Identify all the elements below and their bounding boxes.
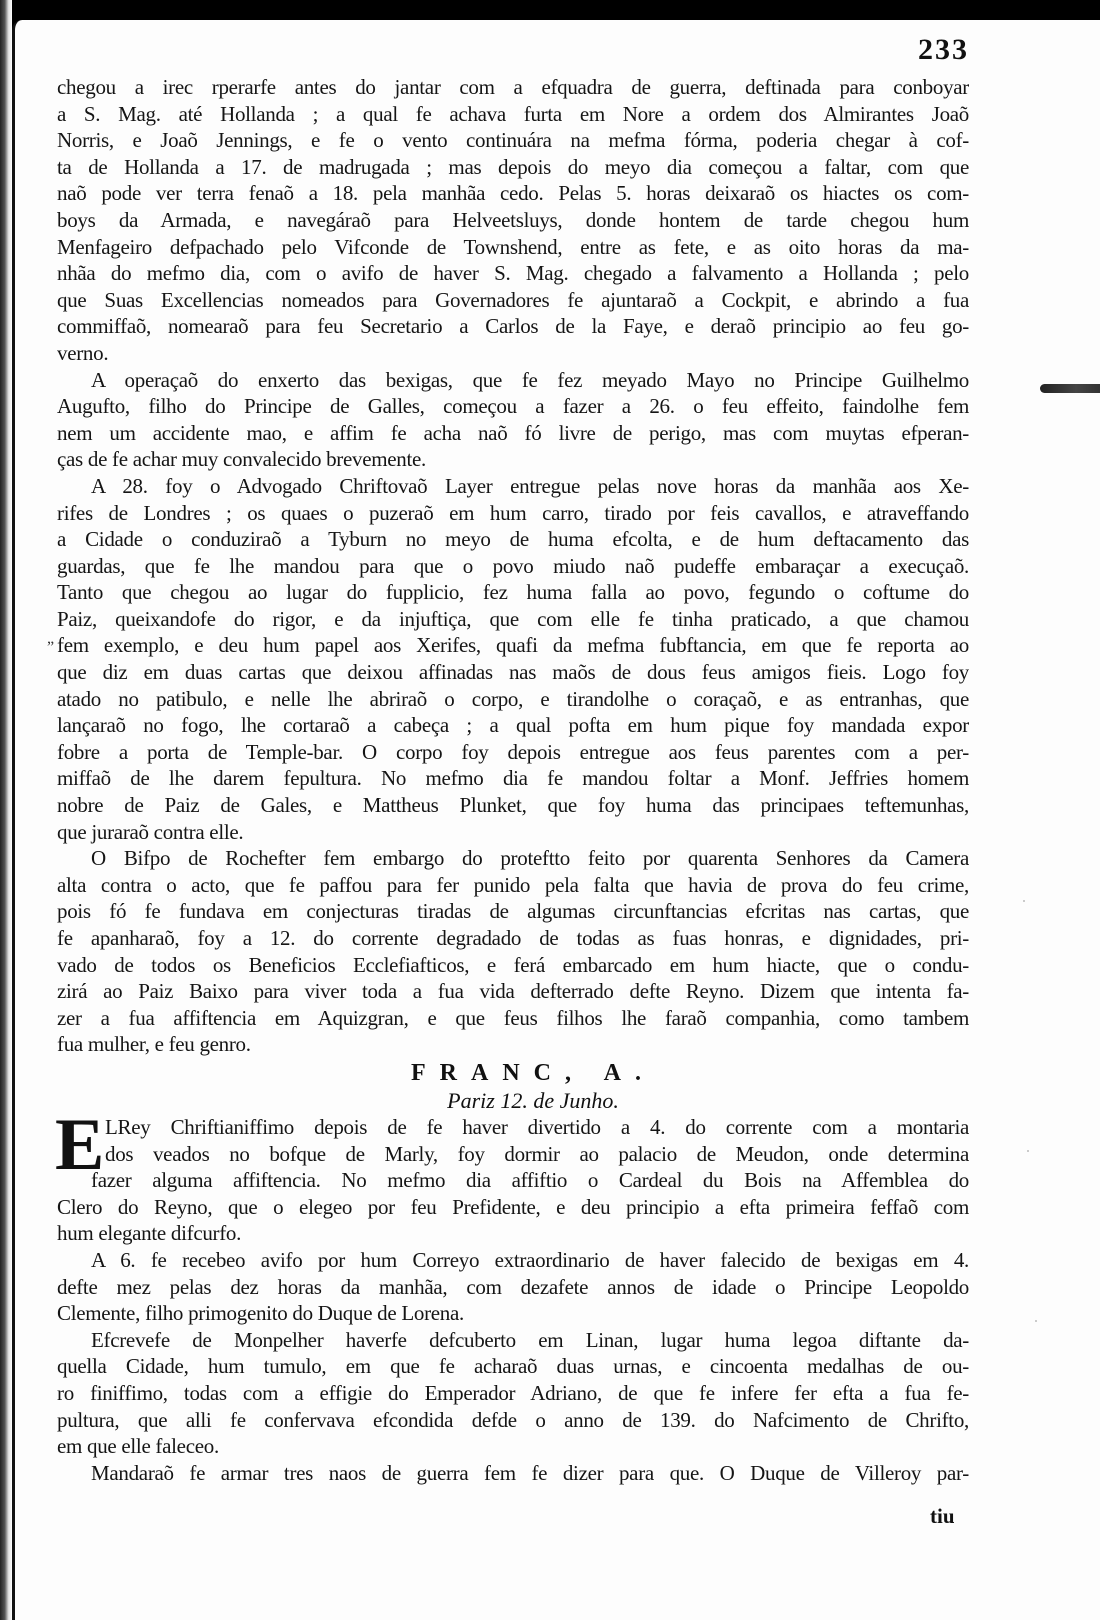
text-line: que diz em duas cartas que deixou affina…: [57, 659, 969, 686]
text-line: dos veados no bofque de Marly, foy dormi…: [57, 1141, 969, 1168]
text-line: ta de Hollanda a 17. de madrugada ; mas …: [57, 154, 969, 181]
text-line: defte mez pelas dez horas da manhãa, com…: [57, 1274, 969, 1301]
text-line: pultura, que alli fe confervava efcondid…: [57, 1407, 969, 1434]
paragraph-layer-execution: A 28. foy o Advogado Chriftovaõ Layer en…: [57, 473, 969, 845]
paragraph-el-rey: E LRey Chriftianiffimo depois de fe have…: [57, 1114, 969, 1247]
catchword: tiu: [930, 1504, 955, 1529]
text-line: Norris, e Joaõ Jennings, e fe o vento co…: [57, 127, 969, 154]
text-line: nobre de Paiz de Gales, e Mattheus Plunk…: [57, 792, 969, 819]
article-body: chegou a irec rperarfe antes do jantar c…: [57, 74, 969, 1486]
text-line: Paiz, queixandofe do rigor, e da injufti…: [57, 606, 969, 633]
paragraph-hollanda-voyage: chegou a irec rperarfe antes do jantar c…: [57, 74, 969, 367]
text-line: a Cidade o conduziraõ a Tyburn no meyo d…: [57, 526, 969, 553]
text-line: em que elle faleceo.: [57, 1433, 969, 1460]
scan-top-border: [0, 0, 1100, 22]
text-line: hum elegante difcurfo.: [57, 1220, 969, 1247]
text-line: pois fó fe fundava em conjecturas tirada…: [57, 898, 969, 925]
text-line: que juraraõ contra elle.: [57, 819, 969, 846]
text-line: zer a fua affiftencia em Aquizgran, e qu…: [57, 1005, 969, 1032]
text-line: guardas, que fe lhe mandou para que o po…: [57, 553, 969, 580]
paragraph-prince-leopold: A 6. fe recebeo avifo por hum Correyo ex…: [57, 1247, 969, 1327]
text-line: fazer alguma affiftencia. No mefmo dia a…: [57, 1167, 969, 1194]
text-line: Efcrevefe de Monpelher haverfe defcubert…: [57, 1327, 969, 1354]
paragraph-warships: Mandaraõ fe armar tres naos de guerra fe…: [57, 1460, 969, 1487]
text-line: nem um accidente mao, e affim fe acha na…: [57, 420, 969, 447]
text-line: fobre a porta de Temple-bar. O corpo foy…: [57, 739, 969, 766]
book-spine-edge: [0, 0, 12, 1620]
text-line: lançaraõ no fogo, lhe cortaraõ a cabeça …: [57, 712, 969, 739]
text-line: que Suas Excellencias nomeados para Gove…: [57, 287, 969, 314]
text-line: alta contra o acto, que fe paffou para f…: [57, 872, 969, 899]
text-line: quella Cidade, hum tumulo, em que fe ach…: [57, 1353, 969, 1380]
drop-cap-letter: E: [55, 1116, 104, 1174]
text-line: fe apanharaõ, foy a 12. do corrente degr…: [57, 925, 969, 952]
text-line: atado no patibulo, e nelle lhe abriraõ o…: [57, 686, 969, 713]
text-line: Clero do Reyno, que o elegeo por feu Pre…: [57, 1194, 969, 1221]
text-line: ças de fe achar muy convalecido brevemen…: [57, 446, 969, 473]
paper-speck: [1023, 900, 1025, 902]
text-line: Tanto que chegou ao lugar do fupplicio, …: [57, 579, 969, 606]
text-line: a S. Mag. até Hollanda ; a qual fe achav…: [57, 101, 969, 128]
text-line: verno.: [57, 340, 969, 367]
paragraph-bishop-rochester: O Bifpo de Rochefter fem embargo do prot…: [57, 845, 969, 1058]
text-line: A 6. fe recebeo avifo por hum Correyo ex…: [57, 1247, 969, 1274]
text-line: O Bifpo de Rochefter fem embargo do prot…: [57, 845, 969, 872]
paragraph-smallpox-inoculation: A operaçaõ do enxerto das bexigas, que f…: [57, 367, 969, 473]
text-line: zirá ao Paiz Baixo para viver toda a fua…: [57, 978, 969, 1005]
text-line: naõ pode ver terra fenaõ a 18. pela manh…: [57, 180, 969, 207]
text-line: chegou a irec rperarfe antes do jantar c…: [57, 74, 969, 101]
paper-speck: [1027, 1150, 1029, 1152]
text-line: Augufto, filho do Principe de Galles, co…: [57, 393, 969, 420]
text-line: A 28. foy o Advogado Chriftovaõ Layer en…: [57, 473, 969, 500]
text-line: commiffaõ, nomearaõ para feu Secretario …: [57, 313, 969, 340]
text-line: boys da Armada, e navegáraõ para Helveet…: [57, 207, 969, 234]
page-number: 233: [918, 33, 969, 67]
section-heading-franca: FRANC, A.: [57, 1058, 969, 1088]
text-line: fem exemplo, e deu hum papel aos Xerifes…: [57, 632, 969, 659]
text-line: miffaõ de lhe darem fepultura. No mefmo …: [57, 765, 969, 792]
text-line: rifes de Londres ; os quaes o puzeraõ em…: [57, 500, 969, 527]
text-line: A operaçaõ do enxerto das bexigas, que f…: [57, 367, 969, 394]
text-line: fua mulher, e feu genro.: [57, 1031, 969, 1058]
paragraph-montpellier-tomb: Efcrevefe de Monpelher haverfe defcubert…: [57, 1327, 969, 1460]
margin-ink-mark: [1040, 384, 1100, 393]
paper-speck: [1035, 1320, 1037, 1322]
text-line: Mandaraõ fe armar tres naos de guerra fe…: [57, 1460, 969, 1487]
text-line: Clemente, filho primogenito do Duque de …: [57, 1300, 969, 1327]
dateline: Pariz 12. de Junho.: [57, 1088, 969, 1114]
text-line: LRey Chriftianiffimo depois de fe haver …: [57, 1114, 969, 1141]
text-line: nhãa do mefmo dia, com o avifo de haver …: [57, 260, 969, 287]
margin-quote-mark: „: [47, 630, 54, 648]
text-line: vado de todos os Beneficios Ecclefiaftic…: [57, 952, 969, 979]
text-line: ro finiffimo, todas com a effigie do Emp…: [57, 1380, 969, 1407]
text-line: Menfageiro defpachado pelo Vifconde de T…: [57, 234, 969, 261]
